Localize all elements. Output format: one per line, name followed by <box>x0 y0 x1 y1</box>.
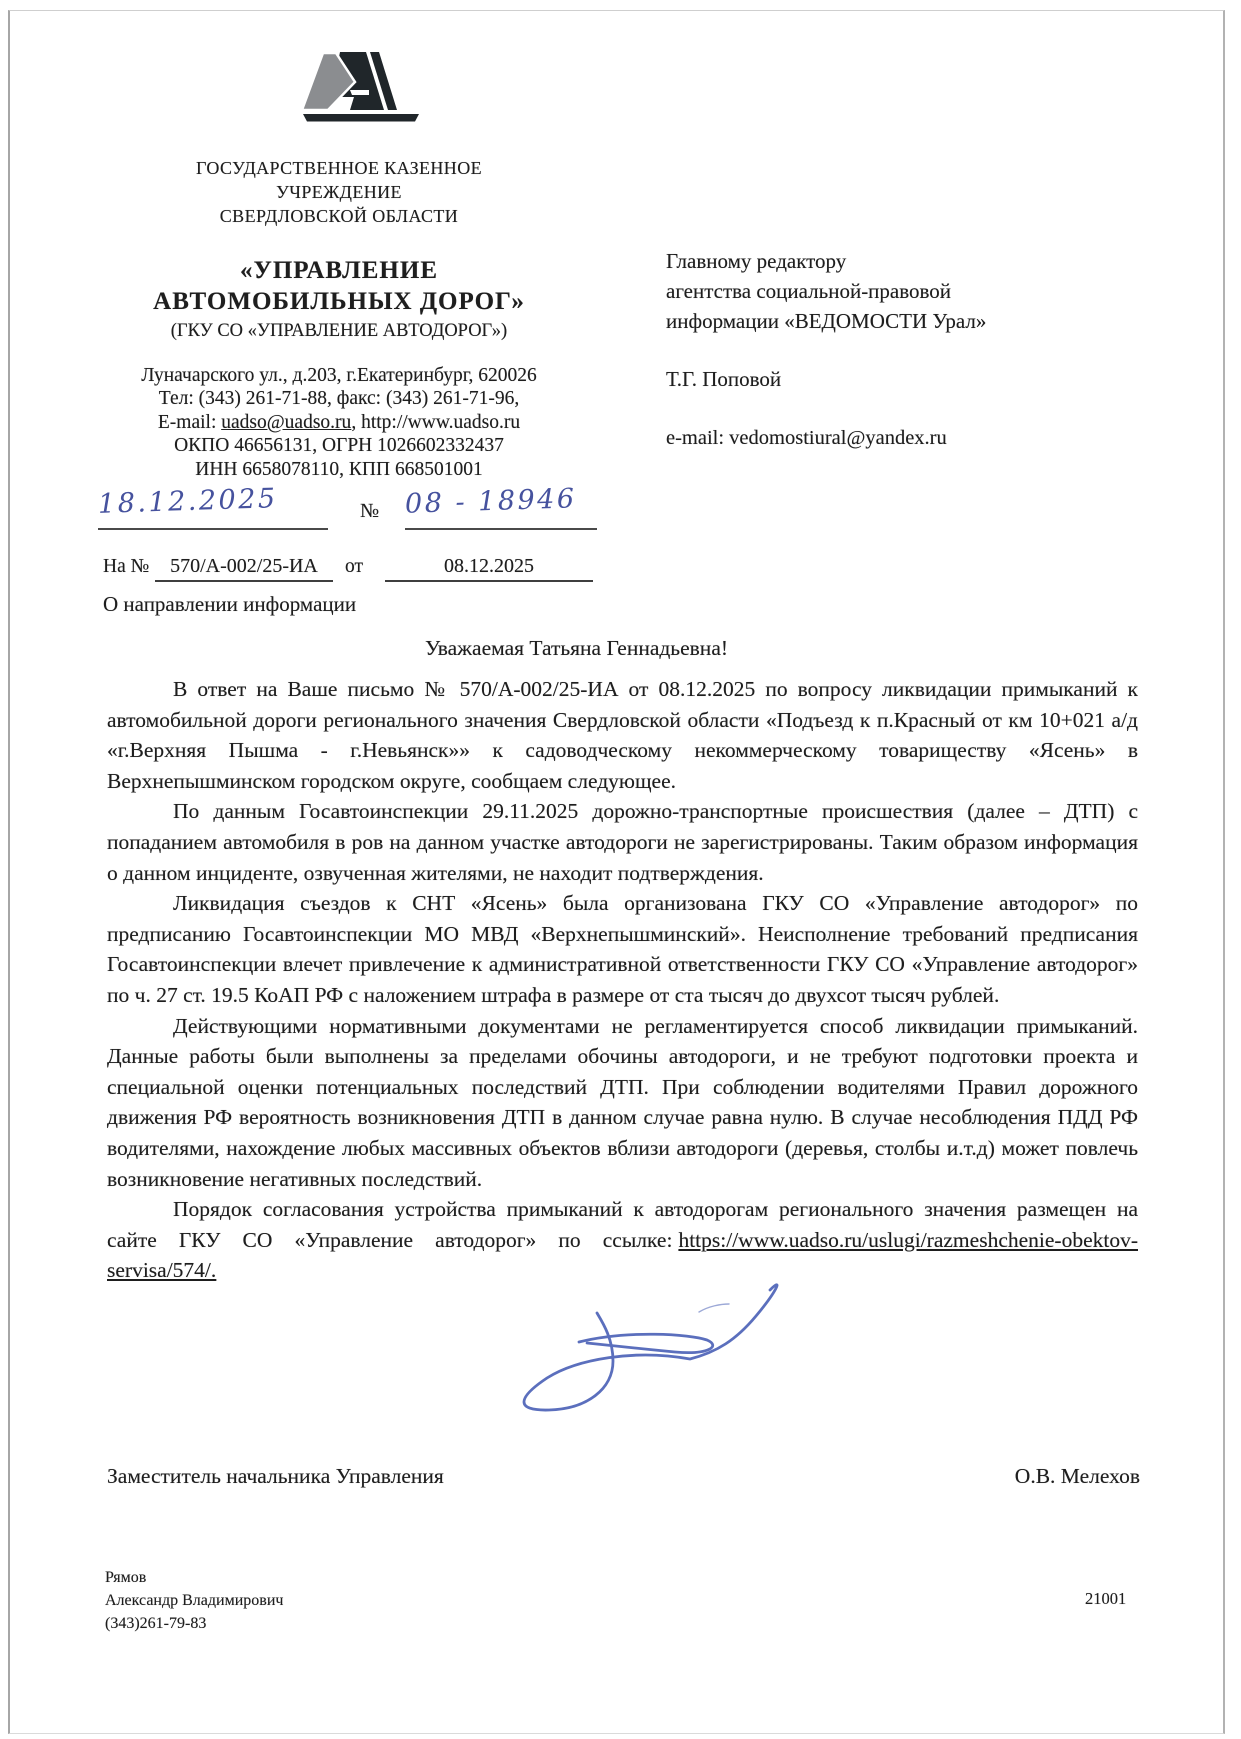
org-line: ГОСУДАРСТВЕННОЕ КАЗЕННОЕ <box>100 156 578 180</box>
number-sign-label: № <box>360 500 379 523</box>
document-code: 21001 <box>1085 1589 1126 1609</box>
paragraph-4: Действующими нормативными документами не… <box>107 1011 1138 1195</box>
addressee-line: информации «ВЕДОМОСТИ Урал» <box>666 306 1096 336</box>
executor-block: Рямов Александр Владимирович (343)261-79… <box>105 1566 283 1635</box>
reply-number: 570/А-002/25-ИА <box>155 555 333 582</box>
executor-name: Александр Владимирович <box>105 1589 283 1612</box>
addressee-email[interactable]: e-mail: vedomostiural@yandex.ru <box>666 423 1096 453</box>
outgoing-number-field: 08 - 18946 <box>405 486 597 530</box>
subject-line: О направлении информации <box>103 592 356 617</box>
signer-name: О.В. Мелехов <box>1015 1464 1140 1489</box>
addressee-line: агентства социальной-правовой <box>666 276 1096 306</box>
addressee-block: Главному редактору агентства социальной-… <box>666 246 1096 453</box>
letterhead: ГОСУДАРСТВЕННОЕ КАЗЕННОЕ УЧРЕЖДЕНИЕ СВЕР… <box>100 156 578 481</box>
addressee-person: Т.Г. Поповой <box>666 364 1096 394</box>
outgoing-number-handwritten: 08 - 18946 <box>405 483 577 519</box>
addressee-line: Главному редактору <box>666 246 1096 276</box>
reply-ref-label: На № <box>103 556 149 578</box>
org-phone: Тел: (343) 261-71-88, факс: (343) 261-71… <box>100 387 578 410</box>
handwritten-signature <box>485 1276 795 1416</box>
org-email-link[interactable]: uadso@uadso.ru <box>221 412 351 433</box>
org-name: «УПРАВЛЕНИЕ АВТОМОБИЛЬНЫХ ДОРОГ» <box>100 255 578 317</box>
salutation: Уважаемая Татьяна Геннадьевна! <box>61 636 1092 661</box>
outgoing-date-field: 18.12.2025 <box>98 486 328 530</box>
org-email-line: E-mail: uadso@uadso.ru, http://www.uadso… <box>100 411 578 434</box>
outgoing-date-handwritten: 18.12.2025 <box>98 483 278 520</box>
paragraph-3: Ликвидация съездов к СНТ «Ясень» была ор… <box>107 888 1138 1010</box>
reply-date: 08.12.2025 <box>385 555 593 582</box>
org-short-name: (ГКУ СО «УПРАВЛЕНИЕ АВТОДОРОГ») <box>100 320 578 342</box>
org-okpo-ogrn: ОКПО 46656131, ОГРН 1026602332437 <box>100 434 578 457</box>
road-authority-logo-icon <box>300 52 422 122</box>
org-line: УЧРЕЖДЕНИЕ <box>100 180 578 204</box>
org-address: Луначарского ул., д.203, г.Екатеринбург,… <box>100 364 578 387</box>
org-line: СВЕРДЛОВСКОЙ ОБЛАСТИ <box>100 204 578 228</box>
paragraph-1: В ответ на Ваше письмо № 570/А-002/25-ИА… <box>107 674 1138 796</box>
reply-from-label: от <box>345 556 363 578</box>
signer-position: Заместитель начальника Управления <box>107 1464 444 1489</box>
paragraph-2: По данным Госавтоинспекции 29.11.2025 до… <box>107 796 1138 888</box>
org-inn-kpp: ИНН 6658078110, КПП 668501001 <box>100 458 578 481</box>
executor-surname: Рямов <box>105 1566 283 1589</box>
scanned-letter-page: ГОСУДАРСТВЕННОЕ КАЗЕННОЕ УЧРЕЖДЕНИЕ СВЕР… <box>0 0 1241 1739</box>
letter-body: Уважаемая Татьяна Геннадьевна! В ответ н… <box>107 636 1138 1286</box>
paragraph-5: Порядок согласования устройства примыкан… <box>107 1194 1138 1286</box>
signer-row: Заместитель начальника Управления О.В. М… <box>107 1464 1140 1489</box>
executor-phone: (343)261-79-83 <box>105 1612 283 1635</box>
